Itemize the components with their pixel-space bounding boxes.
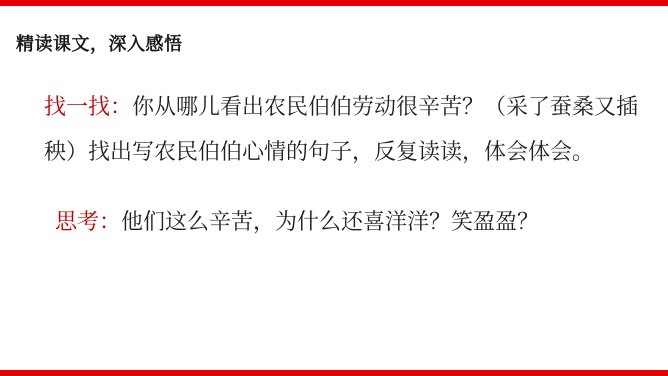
- bottom-accent-bar: [0, 370, 668, 376]
- find-section: 找一找：你从哪儿看出农民伯伯劳动很辛苦？（采了蚕桑又插秧）找出写农民伯伯心情的句…: [44, 84, 654, 174]
- think-section-text: 他们这么辛苦，为什么还喜洋洋？笑盈盈？: [121, 209, 539, 234]
- think-section-label: 思考：: [55, 209, 121, 234]
- find-section-text: 你从哪儿看出农民伯伯劳动很辛苦？（采了蚕桑又插秧）找出写农民伯伯心情的句子，反复…: [44, 94, 638, 164]
- think-section: 思考：他们这么辛苦，为什么还喜洋洋？笑盈盈？: [55, 207, 655, 237]
- top-accent-bar: [0, 0, 668, 6]
- presentation-slide: 精读课文，深入感悟 找一找：你从哪儿看出农民伯伯劳动很辛苦？（采了蚕桑又插秧）找…: [0, 0, 668, 376]
- find-section-label: 找一找：: [44, 94, 132, 119]
- slide-heading: 精读课文，深入感悟: [16, 30, 183, 56]
